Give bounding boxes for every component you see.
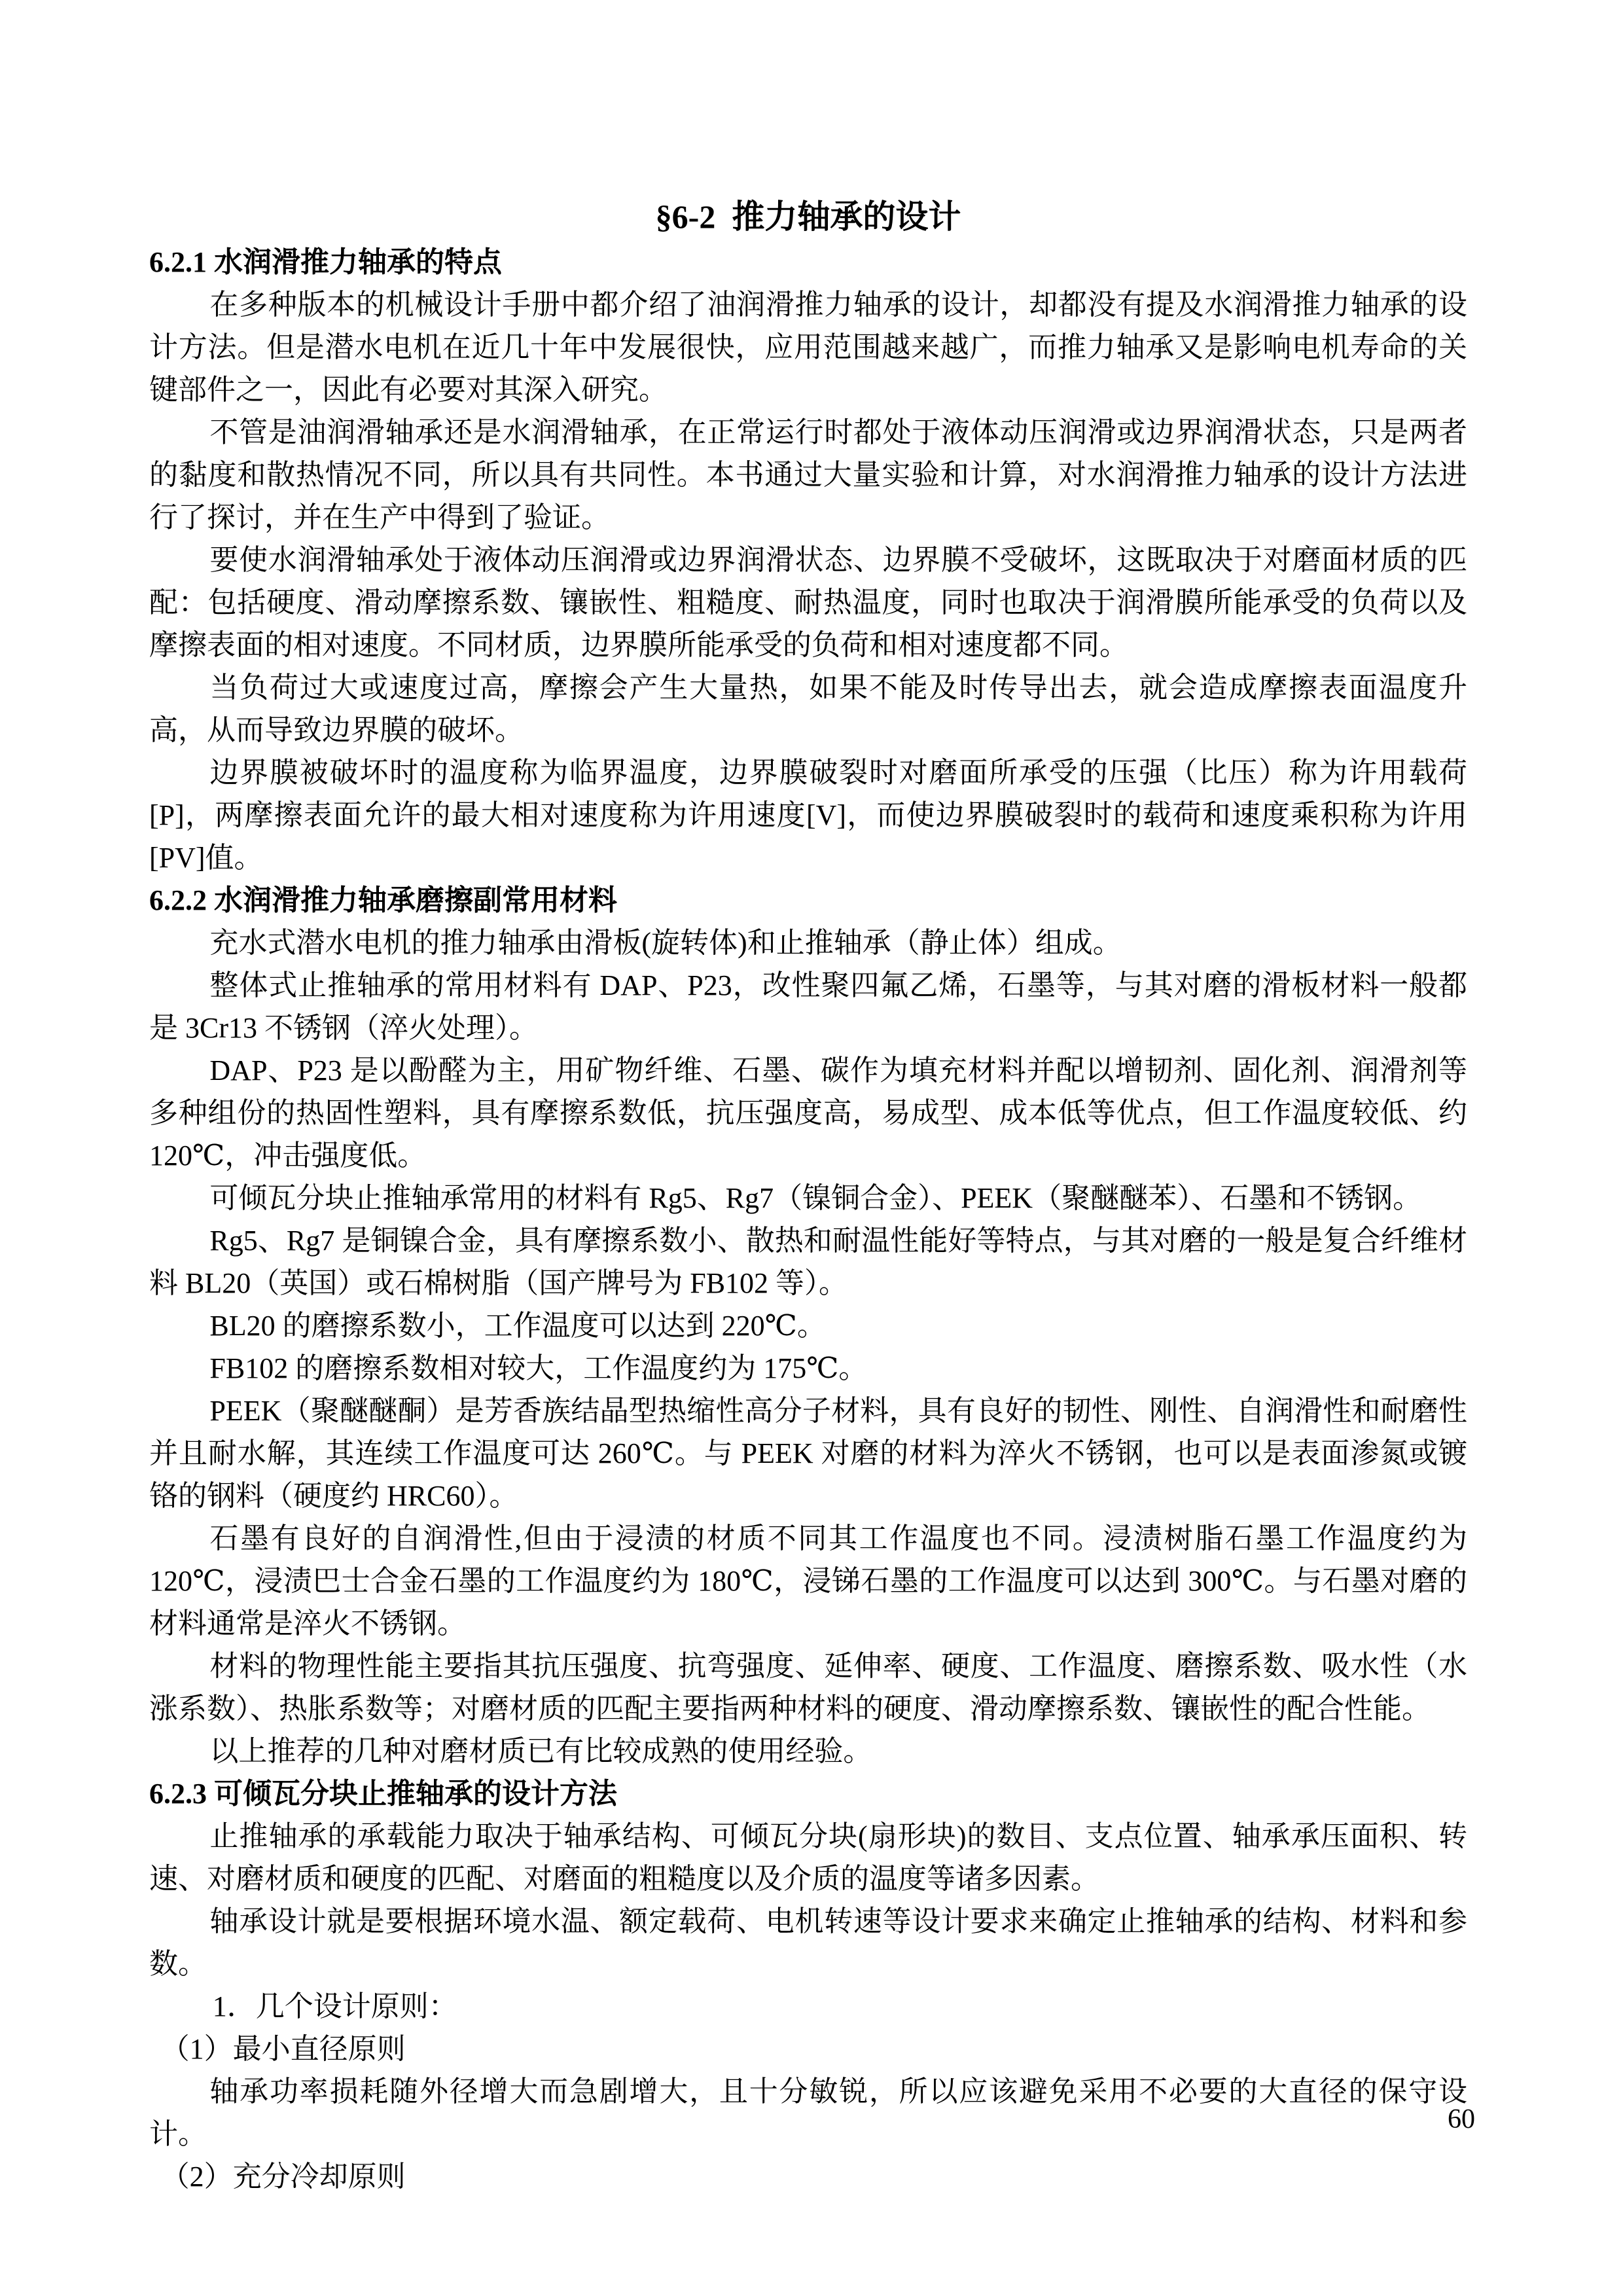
subsection-heading-622: 6.2.2 水润滑推力轴承磨擦副常用材料 <box>149 879 1467 922</box>
paragraph: 可倾瓦分块止推轴承常用的材料有 Rg5、Rg7（镍铜合金）、PEEK（聚醚醚苯）… <box>149 1177 1467 1219</box>
list-item: （1）最小直径原则 <box>149 2028 1467 2070</box>
paragraph: 轴承功率损耗随外径增大而急剧增大，且十分敏锐，所以应该避免采用不必要的大直径的保… <box>149 2070 1467 2155</box>
numbered-item: 1．几个设计原则： <box>149 1985 1467 2028</box>
paragraph: Rg5、Rg7 是铜镍合金，具有摩擦系数小、散热和耐温性能好等特点，与其对磨的一… <box>149 1219 1467 1304</box>
document-body: §6-2 推力轴承的设计 6.2.1 水润滑推力轴承的特点 在多种版本的机械设计… <box>149 195 1467 2198</box>
paragraph: BL20 的磨擦系数小，工作温度可以达到 220℃。 <box>149 1304 1467 1347</box>
subsection-heading-623: 6.2.3 可倾瓦分块止推轴承的设计方法 <box>149 1772 1467 1815</box>
paragraph: 材料的物理性能主要指其抗压强度、抗弯强度、延伸率、硬度、工作温度、磨擦系数、吸水… <box>149 1645 1467 1730</box>
subsection-heading-621: 6.2.1 水润滑推力轴承的特点 <box>149 241 1467 283</box>
paragraph: 当负荷过大或速度过高，摩擦会产生大量热，如果不能及时传导出去，就会造成摩擦表面温… <box>149 666 1467 751</box>
paragraph: 石墨有良好的自润滑性,但由于浸渍的材质不同其工作温度也不同。浸渍树脂石墨工作温度… <box>149 1517 1467 1645</box>
page-number: 60 <box>1448 2104 1475 2134</box>
paragraph: 轴承设计就是要根据环境水温、额定载荷、电机转速等设计要求来确定止推轴承的结构、材… <box>149 1900 1467 1985</box>
paragraph: DAP、P23 是以酚醛为主，用矿物纤维、石墨、碳作为填充材料并配以增韧剂、固化… <box>149 1049 1467 1177</box>
paragraph: 止推轴承的承载能力取决于轴承结构、可倾瓦分块(扇形块)的数目、支点位置、轴承承压… <box>149 1815 1467 1900</box>
list-item: （2）充分冷却原则 <box>149 2155 1467 2198</box>
paragraph: 整体式止推轴承的常用材料有 DAP、P23，改性聚四氟乙烯，石墨等，与其对磨的滑… <box>149 964 1467 1049</box>
paragraph: 不管是油润滑轴承还是水润滑轴承，在正常运行时都处于液体动压润滑或边界润滑状态，只… <box>149 411 1467 539</box>
section-title: §6-2 推力轴承的设计 <box>149 195 1467 238</box>
paragraph: 以上推荐的几种对磨材质已有比较成熟的使用经验。 <box>149 1730 1467 1772</box>
paragraph: 在多种版本的机械设计手册中都介绍了油润滑推力轴承的设计，却都没有提及水润滑推力轴… <box>149 283 1467 411</box>
paragraph: 充水式潜水电机的推力轴承由滑板(旋转体)和止推轴承（静止体）组成。 <box>149 922 1467 964</box>
paragraph: 要使水润滑轴承处于液体动压润滑或边界润滑状态、边界膜不受破坏，这既取决于对磨面材… <box>149 539 1467 666</box>
paragraph: 边界膜被破坏时的温度称为临界温度，边界膜破裂时对磨面所承受的压强（比压）称为许用… <box>149 751 1467 879</box>
document-page: §6-2 推力轴承的设计 6.2.1 水润滑推力轴承的特点 在多种版本的机械设计… <box>0 0 1623 2296</box>
paragraph: PEEK（聚醚醚酮）是芳香族结晶型热缩性高分子材料，具有良好的韧性、刚性、自润滑… <box>149 1390 1467 1517</box>
paragraph: FB102 的磨擦系数相对较大，工作温度约为 175℃。 <box>149 1347 1467 1390</box>
